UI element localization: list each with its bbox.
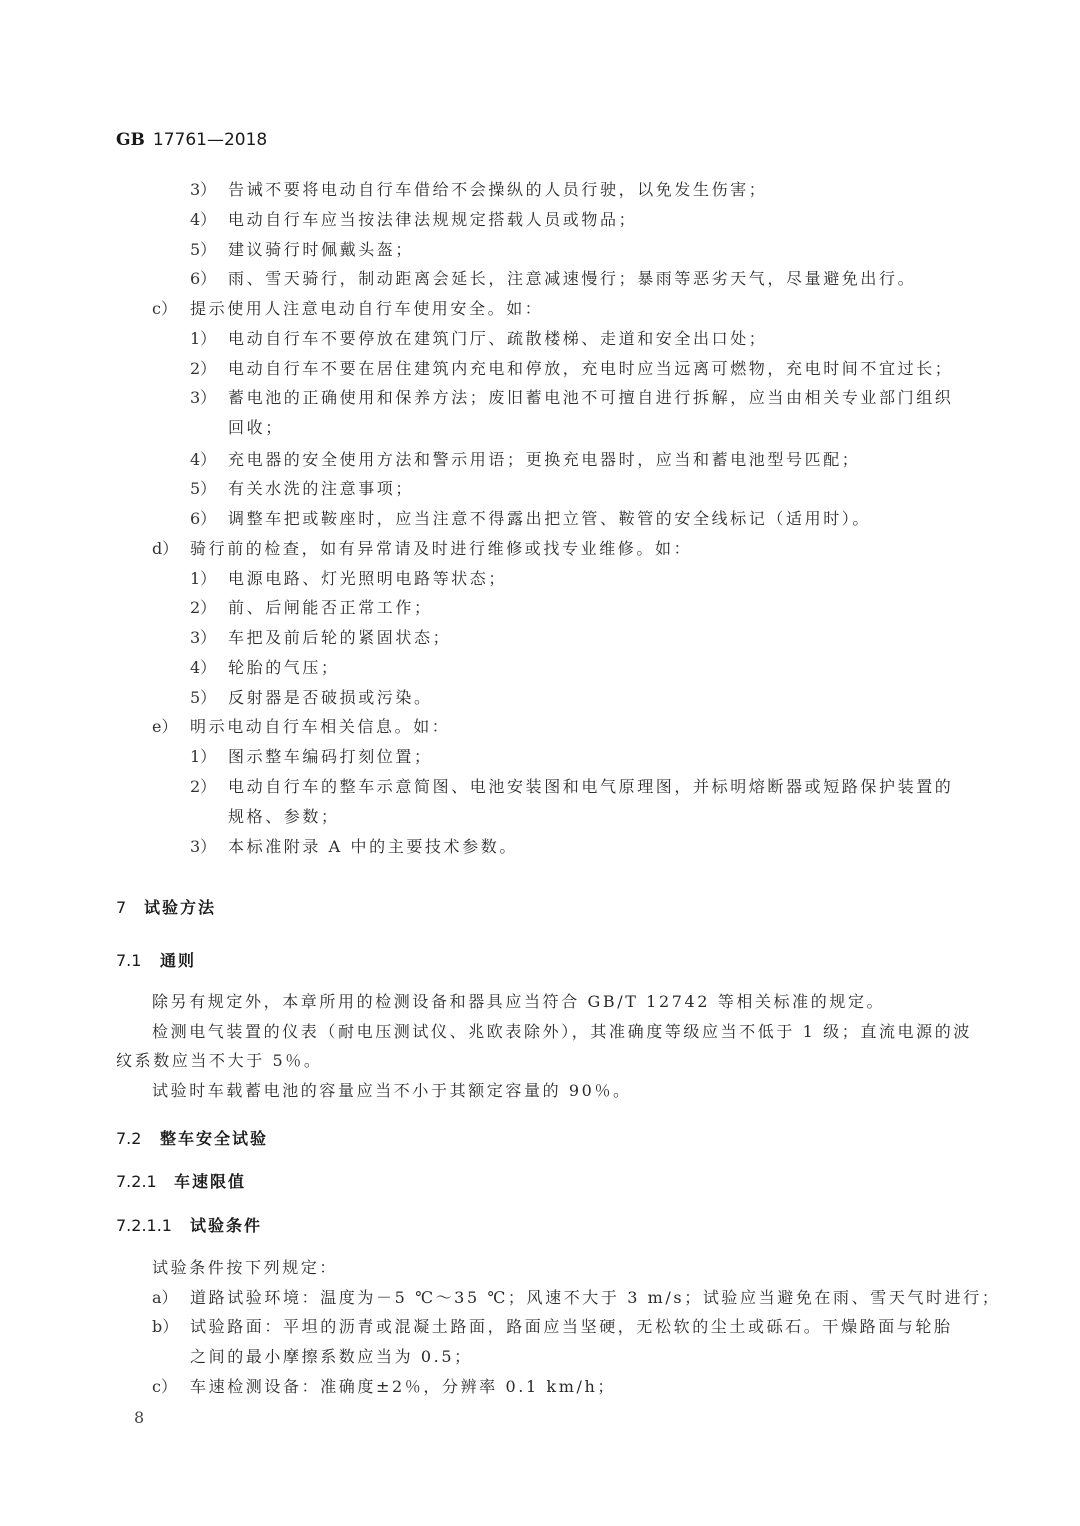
list-item-continuation: 回收；: [228, 417, 284, 439]
list-item-continuation: 之间的最小摩擦系数应当为 0.5；: [190, 1346, 473, 1368]
list-item: 5）反射器是否破损或污染。: [190, 687, 433, 709]
list-item: 4）充电器的安全使用方法和警示用语；更换充电器时，应当和蓄电池型号匹配；: [190, 449, 860, 471]
list-item: 1）电源电路、灯光照明电路等状态；: [190, 568, 507, 590]
list-item: 2）电动自行车的整车示意简图、电池安装图和电气原理图，并标明熔断器或短路保护装置…: [190, 776, 953, 798]
paragraph: 试验时车载蓄电池的容量应当不小于其额定容量的 90％。: [152, 1080, 632, 1102]
list-item-e: e）明示电动自行车相关信息。如：: [152, 716, 450, 738]
paragraph: 除另有规定外，本章所用的检测设备和器具应当符合 GB/T 12742 等相关标准…: [152, 991, 885, 1013]
list-item-continuation: 规格、参数；: [228, 806, 340, 828]
paragraph-continuation: 纹系数应当不大于 5％。: [116, 1050, 322, 1072]
section-heading-7-2-1-1: 7.2.1.1试验条件: [116, 1213, 262, 1236]
list-item-d: d）骑行前的检查，如有异常请及时进行维修或找专业维修。如：: [152, 538, 692, 560]
list-item: 2）前、后闸能否正常工作；: [190, 597, 433, 619]
list-item: 3）本标准附录 A 中的主要技术参数。: [190, 836, 518, 858]
section-heading-7-2: 7.2整车安全试验: [116, 1126, 268, 1149]
list-item: 1）电动自行车不要停放在建筑门厅、疏散楼梯、走道和安全出口处；: [190, 328, 767, 350]
section-heading-7-1: 7.1通则: [116, 948, 196, 971]
list-item: c）车速检测设备：准确度±2％，分辨率 0.1 km/h；: [152, 1376, 616, 1398]
section-heading-7-2-1: 7.2.1车速限值: [116, 1169, 246, 1192]
standard-number: 17761—2018: [153, 130, 267, 150]
list-item-c: c）提示使用人注意电动自行车使用安全。如：: [152, 298, 543, 320]
list-item: a）道路试验环境：温度为－5 ℃～35 ℃；风速不大于 3 m/s；试验应当避免…: [152, 1287, 1000, 1309]
list-item: 4）轮胎的气压；: [190, 657, 340, 679]
standard-prefix: GB: [116, 130, 145, 150]
page-number: 8: [134, 1408, 144, 1427]
list-item: 1）图示整车编码打刻位置；: [190, 746, 433, 768]
list-item: 5）建议骑行时佩戴头盔；: [190, 239, 414, 261]
list-item: 3）蓄电池的正确使用和保养方法；废旧蓄电池不可擅自进行拆解，应当由相关专业部门组…: [190, 387, 953, 409]
list-item: 3）车把及前后轮的紧固状态；: [190, 627, 451, 649]
paragraph: 检测电气装置的仪表（耐电压测试仪、兆欧表除外），其准确度等级应当不低于 1 级；…: [152, 1021, 972, 1043]
list-item: 5）有关水洗的注意事项；: [190, 478, 414, 500]
section-heading-7: 7试验方法: [116, 895, 216, 918]
list-item: 6）雨、雪天骑行，制动距离会延长，注意减速慢行；暴雨等恶劣天气，尽量避免出行。: [190, 268, 916, 290]
list-item: b）试验路面：平坦的沥青或混凝土路面，路面应当坚硬，无松软的尘土或砾石。干燥路面…: [152, 1316, 953, 1338]
list-item: 6）调整车把或鞍座时，应当注意不得露出把立管、鞍管的安全线标记（适用时）。: [190, 508, 871, 530]
paragraph: 试验条件按下列规定：: [152, 1257, 338, 1279]
list-item: 2）电动自行车不要在居住建筑内充电和停放，充电时应当远离可燃物，充电时间不宜过长…: [190, 358, 953, 380]
list-item: 4）电动自行车应当按法律法规规定搭载人员或物品；: [190, 209, 637, 231]
list-item: 3）告诫不要将电动自行车借给不会操纵的人员行驶，以免发生伤害；: [190, 179, 767, 201]
standard-code: GB17761—2018: [116, 130, 267, 150]
